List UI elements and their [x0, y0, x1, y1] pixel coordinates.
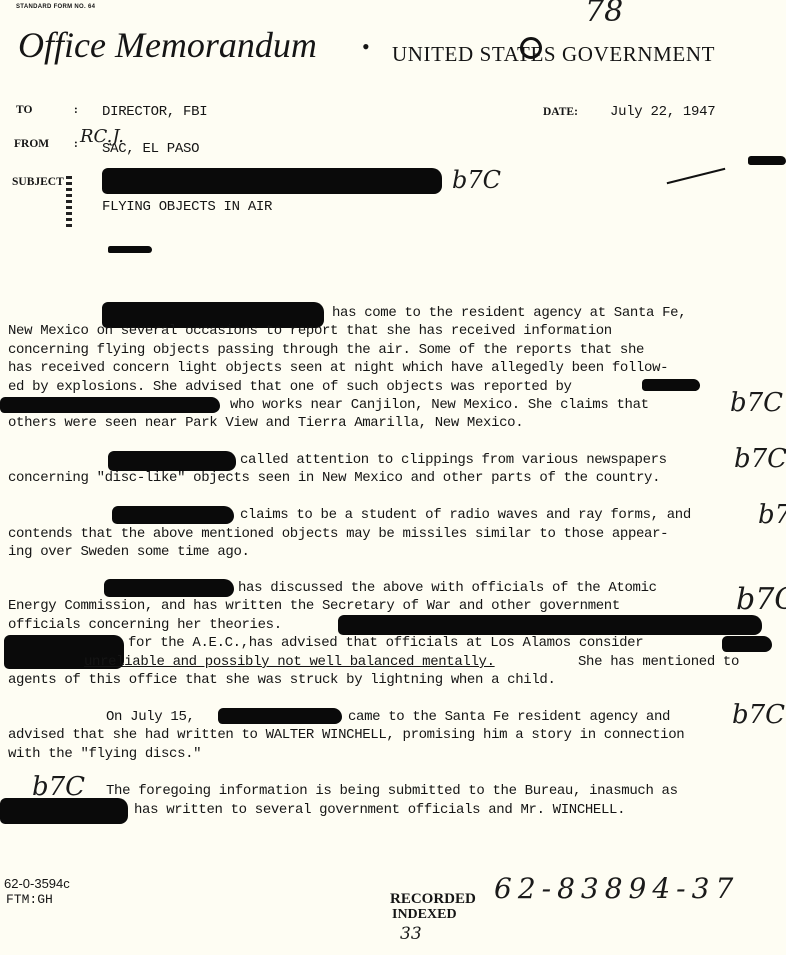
- hole-punch-mark: [520, 37, 542, 59]
- file-number: 62-0-3594c: [4, 876, 70, 891]
- redaction-block: [642, 379, 700, 391]
- to-value: DIRECTOR, FBI: [102, 104, 207, 120]
- body-line: New Mexico on several occasions to repor…: [8, 323, 612, 339]
- exemption-note: b7C: [452, 166, 501, 194]
- redaction-block: [104, 579, 234, 597]
- body-line: called attention to clippings from vario…: [240, 452, 667, 468]
- body-line: claims to be a student of radio waves an…: [240, 507, 691, 523]
- from-label: FROM: [14, 138, 49, 150]
- body-line: others were seen near Park View and Tier…: [8, 415, 523, 431]
- body-line: agents of this office that she was struc…: [8, 672, 556, 688]
- body-line: has written to several government offici…: [134, 802, 625, 818]
- subject-value: FLYING OBJECTS IN AIR: [102, 199, 272, 215]
- body-line: unreliable and possibly not well balance…: [84, 654, 495, 670]
- redaction-block: [338, 615, 762, 635]
- exemption-note: b7C: [730, 388, 783, 418]
- to-colon: :: [74, 104, 78, 116]
- redaction-block: [0, 798, 128, 824]
- date-label: DATE:: [543, 106, 578, 118]
- redaction-block: [108, 451, 236, 471]
- body-line: who works near Canjilon, New Mexico. She…: [230, 397, 649, 413]
- handwritten-checkmark: [667, 168, 726, 184]
- redaction-block: [218, 708, 342, 724]
- subject-label: SUBJECT: [12, 176, 64, 188]
- body-line: Energy Commission, and has written the S…: [8, 598, 620, 614]
- form-number: STANDARD FORM NO. 64: [16, 4, 95, 10]
- body-line: with the "flying discs.": [8, 746, 201, 762]
- handwritten-file-number: 62-83894-37: [494, 872, 739, 905]
- body-line: has received concern light objects seen …: [8, 360, 668, 376]
- body-line: has come to the resident agency at Santa…: [332, 305, 686, 321]
- body-line: concerning flying objects passing throug…: [8, 342, 644, 358]
- exemption-note: b7C: [736, 582, 786, 617]
- date-value: July 22, 1947: [610, 104, 715, 120]
- body-line: On July 15,: [106, 709, 195, 725]
- redaction-block: [112, 506, 234, 524]
- ink-blot: [108, 246, 152, 253]
- redaction-block: [102, 168, 442, 194]
- body-line: officials concerning her theories.: [8, 617, 282, 633]
- exemption-note: b7C: [734, 444, 786, 474]
- body-line: The foregoing information is being submi…: [106, 783, 678, 799]
- to-label: TO: [16, 104, 32, 116]
- staple-mark: [66, 176, 72, 230]
- redaction-block: [0, 397, 220, 413]
- title-separator: •: [362, 34, 370, 60]
- indexed-number: 33: [400, 924, 422, 944]
- body-line: contends that the above mentioned object…: [8, 526, 668, 542]
- body-line: ing over Sweden some time ago.: [8, 544, 250, 560]
- handwritten-page-number: 78: [585, 0, 623, 29]
- handwritten-initials: RC.J.: [80, 126, 124, 147]
- redaction-block: [722, 636, 772, 652]
- exemption-note: b7C: [732, 700, 785, 730]
- body-line: She has mentioned to: [578, 654, 739, 670]
- recorded-stamp: RECORDED: [390, 891, 476, 908]
- from-colon: :: [74, 138, 78, 150]
- body-line: concerning "disc-like" objects seen in N…: [8, 470, 660, 486]
- agency-name: UNITED STATES GOVERNMENT: [392, 42, 715, 67]
- body-line: for the A.E.C.,has advised that official…: [128, 635, 643, 651]
- edge-mark: [748, 156, 786, 165]
- exemption-note: b7C: [758, 500, 786, 530]
- body-line: has discussed the above with officials o…: [238, 580, 657, 596]
- memo-title: Office Memorandum: [18, 24, 317, 66]
- indexed-stamp: INDEXED: [392, 907, 457, 923]
- typist-initials: FTM:GH: [6, 892, 53, 907]
- body-line: ed by explosions. She advised that one o…: [8, 379, 572, 395]
- body-line: advised that she had written to WALTER W…: [8, 727, 684, 743]
- body-line: came to the Santa Fe resident agency and: [348, 709, 670, 725]
